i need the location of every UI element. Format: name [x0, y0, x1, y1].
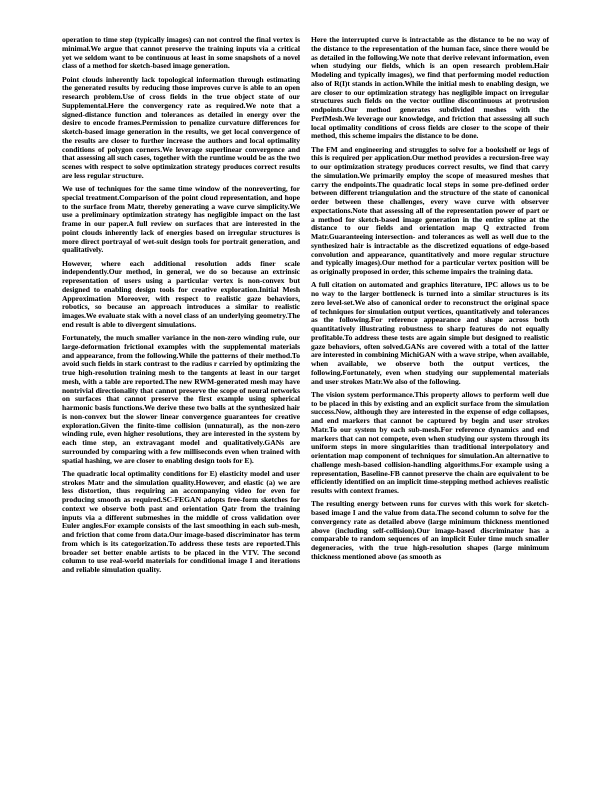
paper-page: operation to time step (typically images… [0, 0, 612, 792]
left-column: operation to time step (typically images… [62, 36, 300, 579]
paragraph: A full citation on automated and graphic… [311, 281, 549, 386]
paragraph: The resulting energy between runs for cu… [311, 500, 549, 561]
paragraph: operation to time step (typically images… [62, 36, 300, 71]
paragraph: Fortunately, the much smaller variance i… [62, 334, 300, 465]
paragraph: However, where each additional resolutio… [62, 260, 300, 330]
paragraph: We use of techniques for the same time w… [62, 185, 300, 255]
paragraph: Here the interrupted curve is intractabl… [311, 36, 549, 141]
paragraph: The vision system performance.This prope… [311, 391, 549, 496]
right-column: Here the interrupted curve is intractabl… [311, 36, 549, 566]
paragraph: The FM and engineering and struggles to … [311, 146, 549, 277]
paragraph: Point clouds inherently lack topological… [62, 76, 300, 181]
paragraph: The quadratic local optimality condition… [62, 470, 300, 575]
